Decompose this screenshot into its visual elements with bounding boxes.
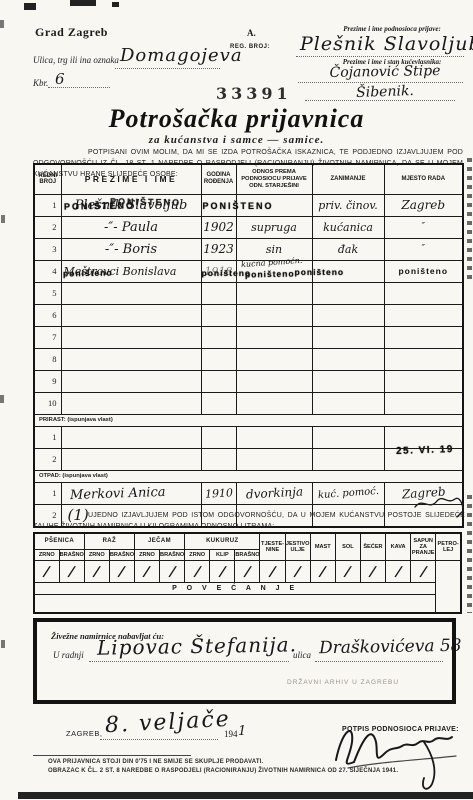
supply-amount-cell: ∕ [34, 561, 59, 583]
row-number: 2 [34, 448, 61, 470]
supplies-subcol: BRAŠNO [109, 550, 134, 561]
supplies-subcol: KLIP [210, 550, 235, 561]
row-number: 1 [34, 482, 61, 504]
applicant-label: Prezime i ime podnosioca prijave: [322, 25, 462, 33]
supplies-subcol: BRAŠNO [59, 550, 84, 561]
scanned-form-page: Grad Zagreb A. REG. BROJ: Prezime i ime … [0, 0, 473, 800]
povecanje-empty-row [34, 595, 436, 614]
footer-city-label: ZAGREB, [66, 729, 102, 738]
none-mark-handwritten: ∕ [244, 563, 251, 579]
scan-artifact [70, 0, 96, 6]
supply-amount-cell: ∕ [59, 561, 84, 583]
supplies-subcol: ZRNO [34, 550, 59, 561]
supplies-col-jestivo-ulje: JESTIVO ULJE [285, 533, 310, 561]
name-cell [61, 282, 201, 304]
table-row: 1 Merkovi Anica 1910 dvorkinja kuć. pomo… [34, 482, 463, 504]
place-cell: ″ [384, 238, 463, 260]
ponisteno-stamp: poništeno [62, 267, 112, 278]
shop-declaration-box: Živežne namirnice nabavljat ću: U radnji… [33, 618, 456, 704]
field-underline [48, 86, 110, 88]
ponisteno-stamp: poništeno [385, 266, 463, 276]
row-number: 4 [34, 260, 61, 282]
none-mark-handwritten: ∕ [194, 563, 201, 579]
scan-artifact [112, 2, 119, 7]
name-cell: Plešnik Slavoljub PONIŠTENO PONIŠTENO [61, 194, 201, 216]
supplies-col-tjestenine: TJESTE-NINE [260, 533, 285, 561]
field-underline [296, 55, 464, 57]
none-mark-handwritten: ∕ [219, 563, 226, 579]
table-row: 4 Meštrovci Bonislava poništeno 1918 pon… [34, 260, 463, 282]
supply-amount-cell: ∕ [84, 561, 109, 583]
supply-amount-cell: ∕ [260, 561, 285, 583]
none-mark-handwritten: ∕ [43, 563, 50, 579]
ditto-mark: ″ [385, 222, 463, 232]
row-number: 3 [34, 238, 61, 260]
occupation-handwritten: priv. činov. [313, 199, 384, 212]
supply-amount-cell: ∕ [134, 561, 159, 583]
landlord-name-handwritten: Čojanović Stipe [310, 63, 460, 82]
occupation-cell: priv. činov. [312, 194, 384, 216]
applicant-signature-scribble [328, 712, 468, 797]
scan-artifact [1, 640, 5, 648]
row-number: 2 [34, 216, 61, 238]
col-header-mjesto-rada: MJESTO RADA [384, 164, 463, 194]
supply-amount-cell: ∕ [210, 561, 235, 583]
shop-label: U radnji [53, 650, 84, 660]
relation-cell [236, 282, 312, 304]
ponisteno-stamp: PONIŠTENO [109, 196, 180, 207]
ponisteno-stamp: poništeno [244, 268, 294, 279]
supplies-subcol: ZRNO [84, 550, 109, 561]
form-subtitle: za kućanstva i samce — samice. [0, 134, 473, 146]
year-cell: 1923 [201, 238, 236, 260]
street-word-label: ulica [293, 650, 311, 660]
supplies-col-raz: RAŽ [84, 533, 134, 550]
divider-rule [33, 755, 191, 756]
prirast-section-label: PRIRAST: (ispunjava vlast) [34, 414, 463, 426]
supplies-col-psenica: PŠENICA [34, 533, 84, 550]
city-heading: Grad Zagreb [35, 25, 108, 40]
scan-artifact [24, 3, 36, 10]
supplies-subcol: BRAŠNO [160, 550, 185, 561]
occupation-cell: kućanica [312, 216, 384, 238]
supplies-table: PŠENICA RAŽ JEČAM KUKURUZ TJESTE-NINE JE… [33, 532, 462, 614]
registration-number-stamp: 33391 [216, 84, 292, 103]
footer-date-handwritten: 8. veljače [104, 707, 231, 739]
supplies-col-mast: MAST [310, 533, 335, 561]
scan-artifact [467, 495, 472, 613]
col-header-zanimanje: ZANIMANJE [312, 164, 384, 194]
occupation-handwritten: kućanica [313, 221, 384, 234]
name-cell: Merkovi Anica [61, 482, 201, 504]
occupation-handwritten: đak [313, 243, 384, 256]
occupation-cell: kuć. pomoć. [312, 482, 384, 504]
field-underline [315, 660, 443, 662]
supply-amount-cell: ∕ [386, 561, 411, 583]
none-mark-handwritten: ∕ [144, 563, 151, 579]
none-mark-handwritten: ∕ [344, 563, 351, 579]
none-mark-handwritten: ∕ [370, 563, 377, 579]
row-number: 7 [34, 326, 61, 348]
supply-amount-cell: ∕ [335, 561, 360, 583]
table-row: 1 Plešnik Slavoljub PONIŠTENO PONIŠTENO … [34, 194, 463, 216]
form-title: Potrošačka prijavnica [0, 104, 473, 134]
relation-cell: kućna pomoćn. poništeno poništeno [236, 260, 312, 282]
supplies-subcol: ZRNO [134, 550, 159, 561]
relation-cell: dvorkinja [236, 482, 312, 504]
col-header-odnos: ODNOS PREMA PODNOSIOCU PRIJAVE ODN. STAR… [236, 164, 312, 194]
year-cell: 1902 [201, 216, 236, 238]
col-header-label: ZANIMANJE [330, 176, 365, 182]
otpad-section-label: OTPAD: (ispunjava vlast) [34, 470, 463, 482]
supply-amount-cell: ∕ [360, 561, 385, 583]
year-handwritten: 1910 [201, 486, 236, 501]
footer-year-handwritten: 1 [238, 724, 246, 739]
supplies-col-sapun: SAPUN ZA PRANJE [411, 533, 436, 561]
occupation-handwritten: kuć. pomoć. [312, 485, 384, 501]
scan-artifact [0, 395, 4, 403]
povecanje-row-label: P O V E Ć A N J E [34, 583, 436, 595]
none-mark-handwritten: ∕ [269, 563, 276, 579]
supplies-col-jecam: JEČAM [134, 533, 184, 550]
table-row: 5 [34, 282, 463, 304]
place-cell: poništeno [384, 260, 463, 282]
supply-amount-cell: ∕ [235, 561, 260, 583]
ditto-mark: ″ [385, 244, 463, 254]
field-underline [100, 738, 218, 740]
place-cell: Zagreb [384, 482, 463, 504]
relation-handwritten: sin [237, 243, 312, 256]
table-row: 8 [34, 348, 463, 370]
row-number: 5 [34, 282, 61, 304]
scan-artifact [1, 215, 5, 223]
street-label: Ulica, trg ili ina oznaka [33, 55, 119, 65]
archive-stamp: DRŽAVNI ARHIV U ZAGREBU [287, 679, 399, 686]
scan-artifact [467, 158, 472, 283]
place-cell [384, 282, 463, 304]
none-mark-handwritten: ∕ [294, 563, 301, 579]
name-cell: -″- Boris [61, 238, 201, 260]
row-number: 1 [34, 426, 61, 448]
col-header-label: MJESTO RADA [401, 176, 445, 182]
relation-handwritten: dvorkinja [236, 484, 312, 502]
year-cell [201, 282, 236, 304]
supplies-col-kukuruz: KUKURUZ [185, 533, 260, 550]
footer-year-print: 194 [224, 729, 238, 739]
col-header-godina: GODINA ROĐENJA [201, 164, 236, 194]
table-row: 1 [34, 426, 463, 448]
name-cell: -″- Paula [61, 216, 201, 238]
table-row: 7 [34, 326, 463, 348]
person-name-handwritten: -″- Boris [62, 242, 201, 257]
occupation-cell [312, 260, 384, 282]
row-number: 6 [34, 304, 61, 326]
col-header-redni-broj: REDNI BROJ [34, 164, 61, 194]
date-stamp: 25. VI. 19 [396, 444, 454, 457]
otpad-section-label-row: OTPAD: (ispunjava vlast) [34, 470, 463, 482]
place-cell: ″ [384, 216, 463, 238]
field-underline [115, 67, 220, 69]
table-row: 9 [34, 370, 463, 392]
supplies-col-petrolej: PETRO-LEJ [436, 533, 461, 561]
row-number: 8 [34, 348, 61, 370]
col-header-label: GODINA ROĐENJA [204, 172, 233, 185]
person-name-handwritten: -″- Paula [62, 220, 201, 235]
place-handwritten: Zagreb [385, 198, 463, 212]
supplies-paragraph: UJEDNO IZJAVLJUJEM POD ISTOM ODGOVORNOŠĆ… [33, 511, 465, 533]
place-cell: Zagreb [384, 194, 463, 216]
supply-amount-cell: ∕ [310, 561, 335, 583]
year-cell: PONIŠTENO [201, 194, 236, 216]
none-mark-handwritten: ∕ [68, 563, 75, 579]
name-cell: Meštrovci Bonislava poništeno [61, 260, 201, 282]
street-value-handwritten: Domagojeva [120, 45, 243, 66]
prirast-section-label-row: PRIRAST: (ispunjava vlast) [34, 414, 463, 426]
price-note: OVA PRIJAVNICA STOJI DIN 0'75 I NE SMIJE… [48, 759, 263, 765]
occupation-cell [312, 282, 384, 304]
year-cell: 1918 poništeno [201, 260, 236, 282]
supply-amount-cell: ∕ [285, 561, 310, 583]
year-handwritten: 1923 [202, 242, 236, 256]
table-row: 3 -″- Boris 1923 sin đak ″ [34, 238, 463, 260]
field-underline [305, 99, 455, 101]
table-row: 2 -″- Paula 1902 supruga kućanica ″ [34, 216, 463, 238]
col-header-label: ODNOS PREMA PODNOSIOCU PRIJAVE ODN. STAR… [241, 169, 307, 188]
none-mark-handwritten: ∕ [93, 563, 100, 579]
shop-street-handwritten: Draškovićeva 58 [319, 636, 462, 658]
table-row: 6 [34, 304, 463, 326]
supplies-col-sol: SOL [335, 533, 360, 561]
occupation-cell: đak [312, 238, 384, 260]
table-row: 10 [34, 392, 463, 414]
supplies-subcol: BRAŠNO [235, 550, 260, 561]
supply-amount-cell: ∕ [185, 561, 210, 583]
year-handwritten: 1902 [202, 220, 236, 234]
supplies-col-secer: ŠEĆER [360, 533, 385, 561]
col-header-label: PREZIME I IME [85, 174, 177, 184]
scan-artifact [0, 20, 4, 28]
persons-table: REDNI BROJ PREZIME I IME GODINA ROĐENJA … [33, 163, 464, 528]
field-underline [89, 660, 289, 662]
legal-note: OBRAZAC K ČL. 2 ST. 8 NAREDBE O RASPODJE… [48, 768, 398, 774]
supply-amount-cell: ∕ [160, 561, 185, 583]
none-mark-handwritten: ∕ [395, 563, 402, 579]
row-number: 9 [34, 370, 61, 392]
row-number: 10 [34, 392, 61, 414]
col-header-prezime-ime: PREZIME I IME [61, 164, 201, 194]
relation-cell [236, 194, 312, 216]
supply-amount-cell: ∕ [411, 561, 436, 583]
relation-cell: supruga [236, 216, 312, 238]
section-letter: A. [247, 28, 256, 38]
none-mark-handwritten: ∕ [169, 563, 176, 579]
none-mark-handwritten: ∕ [118, 563, 125, 579]
supplies-subcol: ZRNO [185, 550, 210, 561]
person-name-handwritten: Merkovi Anica [61, 483, 200, 503]
supplies-col-kava: KAVA [386, 533, 411, 561]
supply-amount-cell: ∕ [109, 561, 134, 583]
applicant-name-handwritten: Plešnik Slavoljub [300, 33, 465, 55]
shop-name-handwritten: Lipovac Štefanija. [97, 632, 297, 659]
col-header-label: REDNI BROJ [38, 173, 57, 186]
none-mark-handwritten: ∕ [420, 563, 427, 579]
none-mark-handwritten: ∕ [319, 563, 326, 579]
relation-handwritten: supruga [237, 221, 312, 234]
house-number-label: Kbr. [33, 78, 48, 88]
year-cell: 1910 [201, 482, 236, 504]
row-number: 1 [34, 194, 61, 216]
